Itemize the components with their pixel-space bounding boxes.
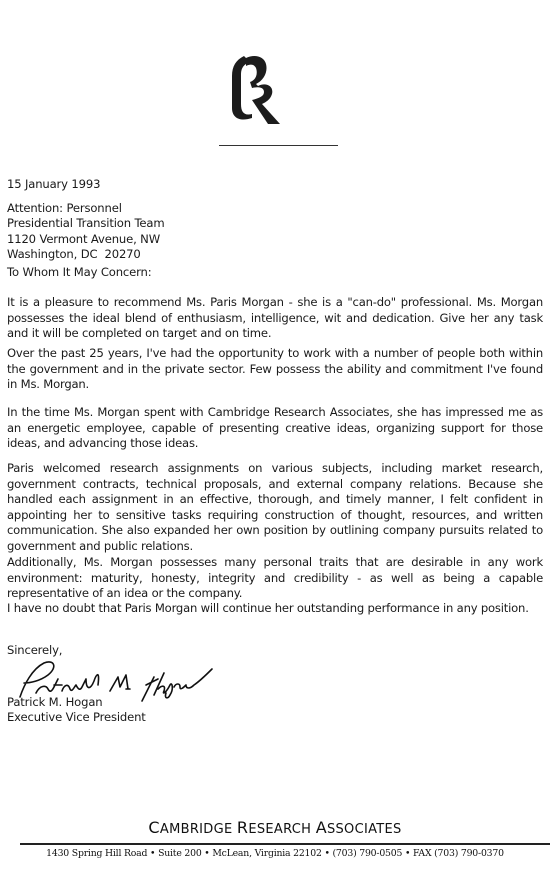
recipient-address: Attention: Personnel Presidential Transi… <box>7 201 165 263</box>
recipient-line: Presidential Transition Team <box>7 216 165 231</box>
salutation: To Whom It May Concern: <box>7 265 152 280</box>
footer-company-name: CAMBRIDGE RESEARCH ASSOCIATES <box>0 818 550 837</box>
footer-rule <box>20 843 550 845</box>
signer-name: Patrick M. Hogan <box>7 695 146 710</box>
letter-date: 15 January 1993 <box>7 177 100 192</box>
recipient-line: Washington, DC 20270 <box>7 247 165 262</box>
body-paragraph: Paris welcomed research assignments on v… <box>7 461 543 554</box>
footer-company-text: CAMBRIDGE RESEARCH ASSOCIATES <box>148 822 401 837</box>
body-paragraph: It is a pleasure to recommend Ms. Paris … <box>7 295 543 342</box>
recipient-line: 1120 Vermont Avenue, NW <box>7 232 165 247</box>
signer-block: Patrick M. Hogan Executive Vice Presiden… <box>7 695 146 726</box>
body-paragraph: In the time Ms. Morgan spent with Cambri… <box>7 405 543 452</box>
signer-title: Executive Vice President <box>7 710 146 725</box>
recipient-line: Attention: Personnel <box>7 201 165 216</box>
footer-address: 1430 Spring Hill Road • Suite 200 • McLe… <box>0 848 550 859</box>
body-paragraph: Over the past 25 years, I've had the opp… <box>7 346 543 393</box>
letterhead-rule <box>219 145 338 146</box>
body-paragraph: Additionally, Ms. Morgan possesses many … <box>7 555 543 602</box>
cra-logo-icon <box>222 52 290 126</box>
body-paragraph: I have no doubt that Paris Morgan will c… <box>7 601 543 617</box>
